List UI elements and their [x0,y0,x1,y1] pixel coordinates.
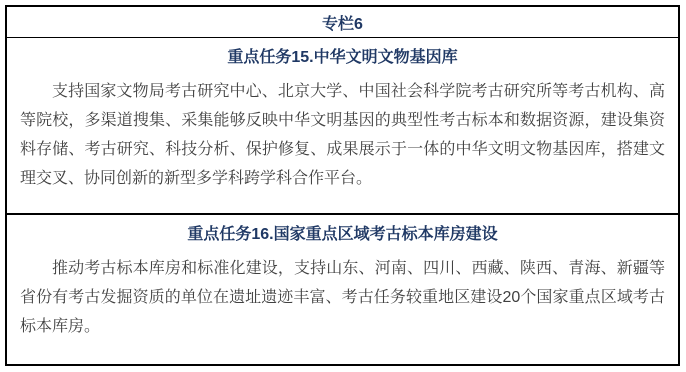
task-16-section: 重点任务16.国家重点区域考古标本库房建设 推动考古标本库房和标准化建设，支持山… [7,215,678,364]
box-header-title: 专栏6 [322,11,363,34]
column-box: 专栏6 重点任务15.中华文明文物基因库 支持国家文物局考古研究中心、北京大学、… [5,5,680,366]
document-page: 专栏6 重点任务15.中华文明文物基因库 支持国家文物局考古研究中心、北京大学、… [0,0,686,372]
task-16-title: 重点任务16.国家重点区域考古标本库房建设 [20,222,665,248]
task-15-section: 重点任务15.中华文明文物基因库 支持国家文物局考古研究中心、北京大学、中国社会… [7,38,678,215]
task-16-body: 推动考古标本库房和标准化建设，支持山东、河南、四川、西藏、陕西、青海、新疆等省份… [20,254,665,341]
task-15-title: 重点任务15.中华文明文物基因库 [20,45,665,71]
box-header-row: 专栏6 [7,7,678,38]
task-15-body: 支持国家文物局考古研究中心、北京大学、中国社会科学院考古研究所等考古机构、高等院… [20,77,665,193]
